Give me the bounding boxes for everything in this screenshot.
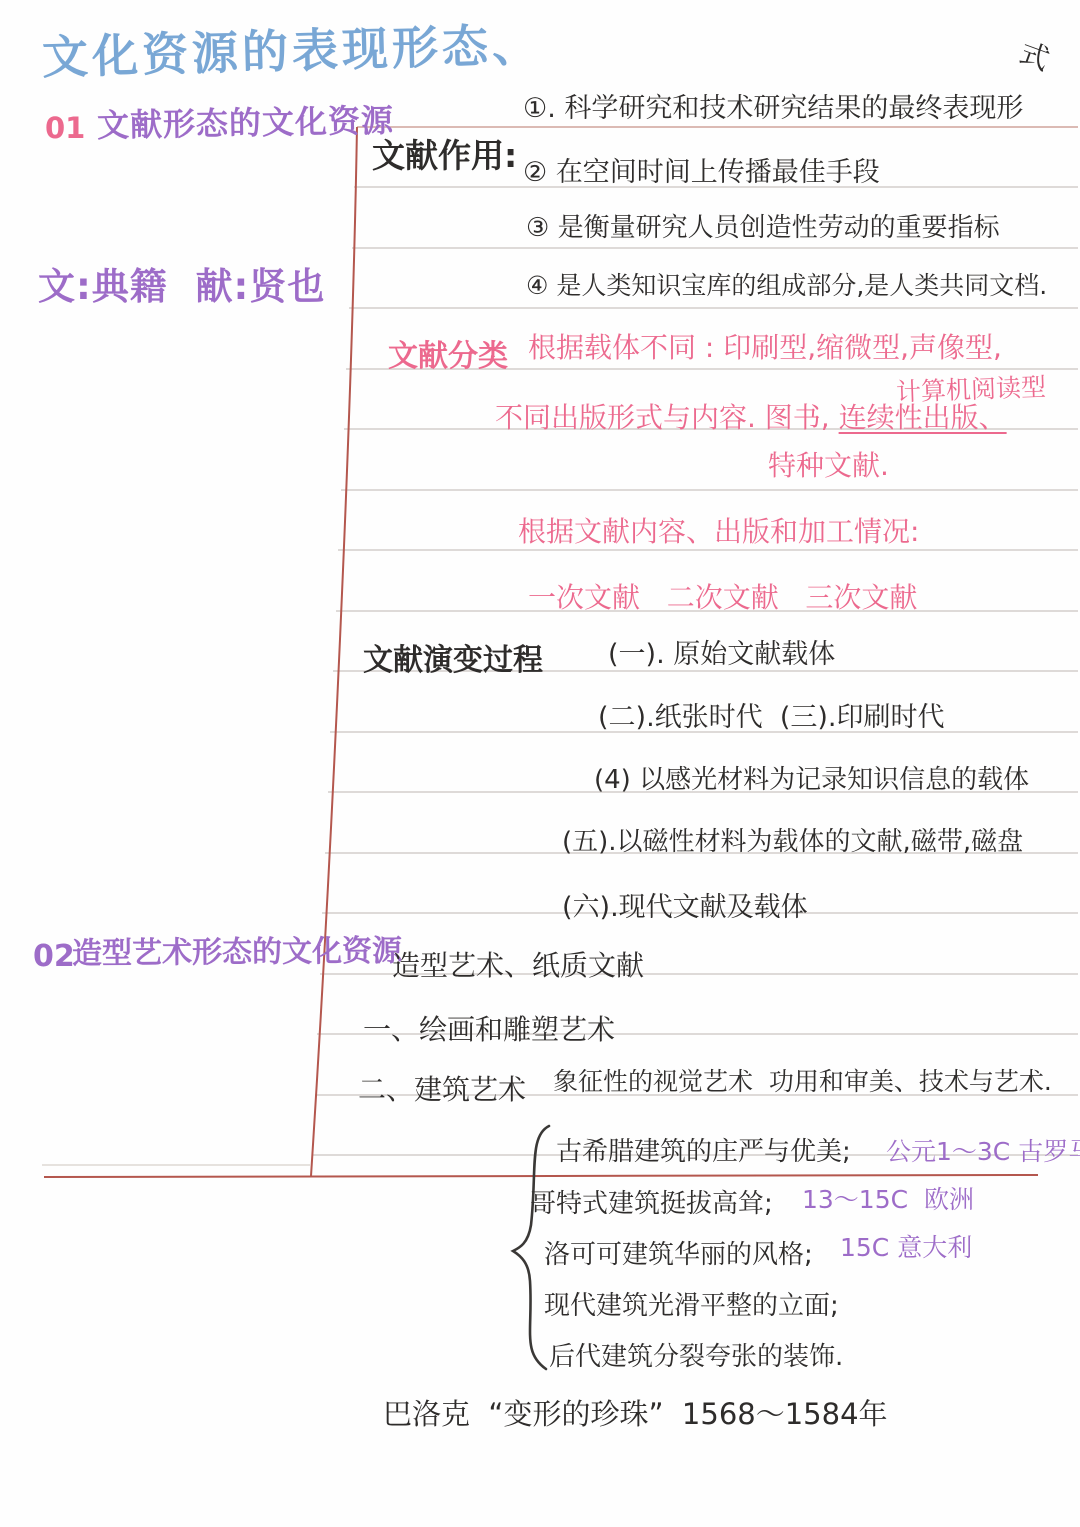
- evolution-item-1: (一). 原始文献载体: [608, 640, 835, 670]
- evolution-item-3: (4) 以感光材料为记录知识信息的载体: [594, 766, 1029, 795]
- evolution-label: 文献演变过程: [363, 644, 543, 678]
- arch-style-modern: 现代建筑光滑平整的立面;: [544, 1292, 839, 1321]
- arch-style-postmodern: 后代建筑分裂夸张的装饰.: [549, 1343, 843, 1372]
- by-form-text: 不同出版形式与内容. 图书,: [495, 401, 839, 434]
- arch-style-gothic: 哥特式建筑挺拔高耸;: [530, 1190, 773, 1219]
- section-02-number: 02: [33, 940, 75, 974]
- classification-by-form-cont: 特种文献.: [768, 450, 889, 481]
- notebook-page: 文化资源的表现形态、 01 文献形态的文化资源 文:典籍 献:贤也 文献作用: …: [0, 0, 1080, 1527]
- classification-label: 文献分类: [388, 340, 508, 374]
- plastic-arts-item-1: 一、绘画和雕塑艺术: [363, 1014, 615, 1045]
- function-item1-overflow: 式: [1015, 36, 1053, 76]
- bottom-rule-line: [44, 1175, 1038, 1177]
- architecture-label: 二、建筑艺术: [358, 1074, 526, 1105]
- classification-by-carrier: 根据载体不同 : 印刷型,缩微型,声像型,: [528, 332, 1002, 363]
- arch-note-rococo: 15C 意大利: [840, 1234, 972, 1262]
- classification-levels: 一次文献 二次文献 三次文献: [528, 582, 917, 613]
- section-01-number: 01: [45, 112, 85, 144]
- evolution-item-4: (五).以磁性材料为载体的文献,磁带,磁盘: [562, 828, 1023, 857]
- arch-style-rococo: 洛可可建筑华丽的风格;: [544, 1241, 813, 1270]
- architecture-desc: 象征性的视觉艺术 功用和审美、技术与艺术.: [553, 1068, 1052, 1096]
- evolution-item-2: (二).纸张时代 (三).印刷时代: [598, 703, 944, 733]
- baroque-note: 巴洛克 “变形的珍珠” 1568〜1584年: [383, 1398, 888, 1430]
- function-item-1: ①. 科学研究和技术研究结果的最终表现形: [523, 94, 1023, 124]
- section-02-subtitle: 造型艺术、纸质文献: [392, 950, 644, 981]
- arch-style-greek: 古希腊建筑的庄严与优美;: [556, 1138, 851, 1167]
- page-title: 文化资源的表现形态、: [41, 19, 542, 84]
- document-functions-label: 文献作用:: [372, 138, 517, 175]
- gloss-wen-xian: 文:典籍 献:贤也: [38, 266, 325, 307]
- function-item-3: ③ 是衡量研究人员创造性劳动的重要指标: [526, 214, 1000, 243]
- section-01-heading: 文献形态的文化资源: [97, 103, 395, 144]
- arch-note-gothic: 13〜15C 欧洲: [802, 1186, 974, 1214]
- evolution-item-5: (六).现代文献及载体: [562, 893, 808, 923]
- by-form-underlined: 连续性出版、: [839, 401, 1007, 434]
- classification-by-form: 不同出版形式与内容. 图书, 连续性出版、: [495, 402, 1007, 433]
- classification-by-content: 根据文献内容、出版和加工情况:: [518, 516, 919, 547]
- function-item-2: ② 在空间时间上传播最佳手段: [523, 158, 880, 188]
- arch-note-greek: 公元1〜3C 古罗马: [886, 1138, 1080, 1166]
- function-item-4: ④ 是人类知识宝库的组成部分,是人类共同文档.: [526, 272, 1047, 300]
- section-02-heading: 造型艺术形态的文化资源: [72, 935, 402, 971]
